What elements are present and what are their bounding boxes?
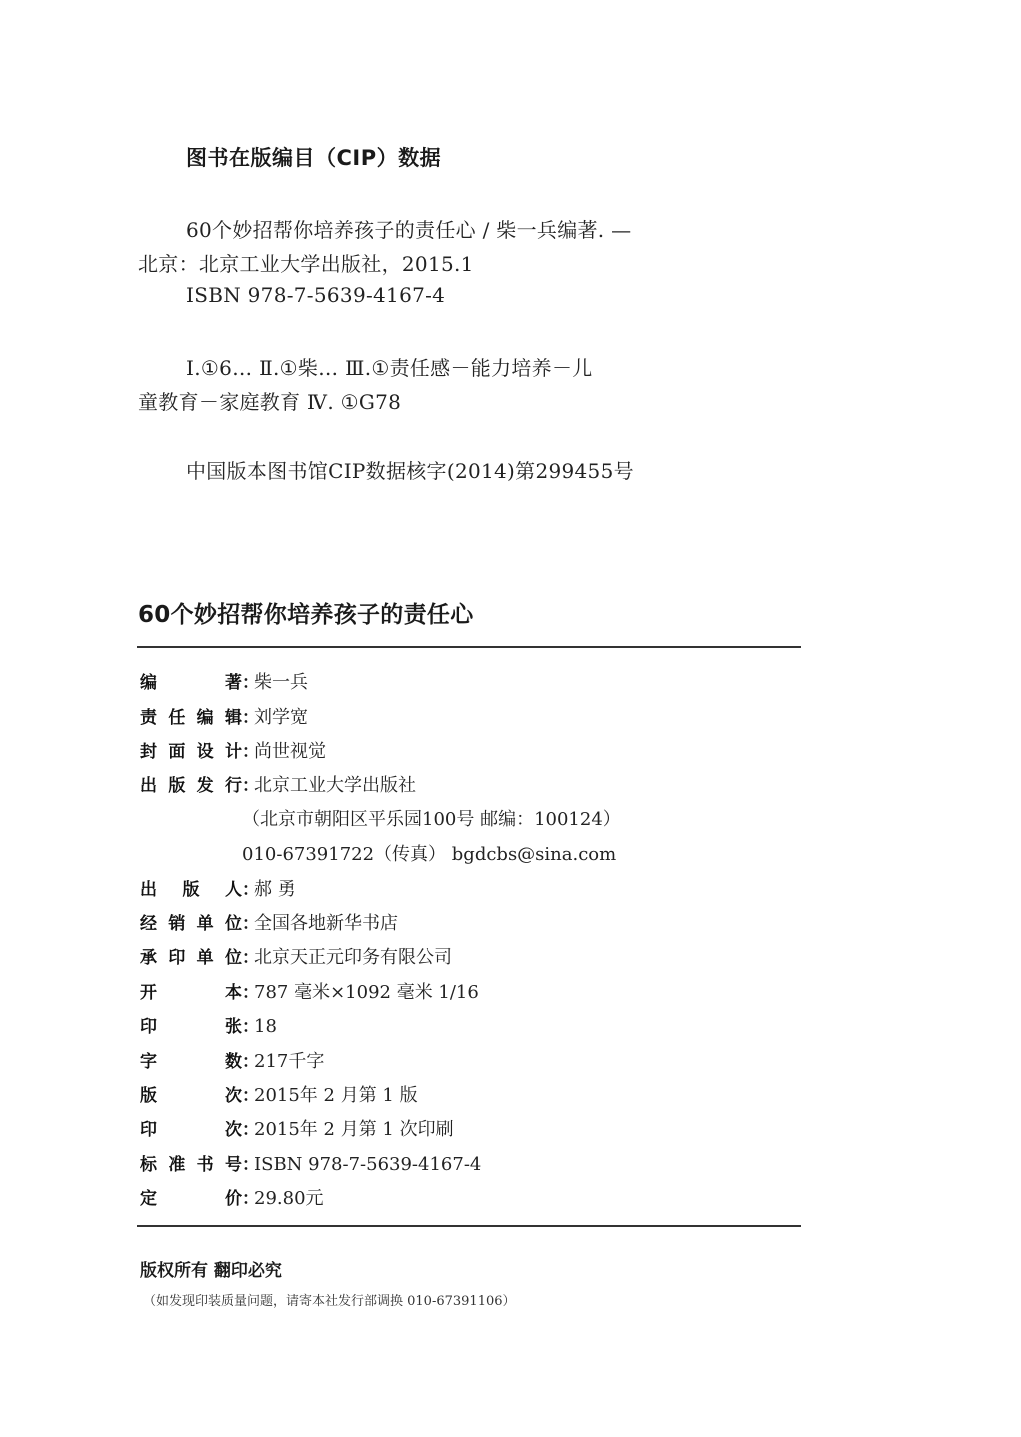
- spec-label-char: 销: [168, 909, 185, 934]
- spec-label-char: 书: [197, 1150, 214, 1175]
- spec-label-char: 单: [197, 943, 214, 968]
- cip-record-line-2: 北京：北京工业大学出版社，2015.1: [138, 248, 474, 277]
- spec-label: 封面设计: [140, 737, 242, 762]
- spec-label-char: 字: [140, 1047, 157, 1072]
- spec-label-char: 计: [225, 737, 242, 762]
- cip-subject-line-1: Ⅰ.①6… Ⅱ.①柴… Ⅲ.①责任感－能力培养－儿: [186, 352, 593, 381]
- spec-row: 出版人：郝 勇: [140, 875, 296, 905]
- spec-label-char: 印: [168, 943, 185, 968]
- spec-row: 标准书号：ISBN 978-7-5639-4167-4: [140, 1150, 481, 1180]
- spec-row: 编著：柴一兵: [140, 668, 308, 698]
- spec-label-char: 面: [168, 737, 185, 762]
- spec-value: 北京天正元印务有限公司: [254, 943, 452, 969]
- spec-label-char: 封: [140, 737, 157, 762]
- spec-label: 出版人: [140, 875, 242, 900]
- spec-colon: ：: [242, 875, 254, 900]
- spec-colon: ：: [242, 1012, 254, 1037]
- spec-row: 版次：2015年 2 月第 1 版: [140, 1081, 418, 1111]
- spec-label-char: 单: [197, 909, 214, 934]
- spec-value: 2015年 2 月第 1 次印刷: [254, 1115, 454, 1141]
- spec-label: 编著: [140, 668, 242, 693]
- spec-label-char: 位: [225, 943, 242, 968]
- spec-label-char: 编: [197, 703, 214, 728]
- spec-label-char: 任: [168, 703, 185, 728]
- spec-label: 标准书号: [140, 1150, 242, 1175]
- spec-label-char: 准: [168, 1150, 185, 1175]
- spec-label: 字数: [140, 1047, 242, 1072]
- spec-value: 217千字: [254, 1047, 324, 1073]
- cip-heading: 图书在版编目（CIP）数据: [186, 142, 441, 172]
- spec-label: 版次: [140, 1081, 242, 1106]
- spec-value: 北京工业大学出版社: [254, 771, 416, 797]
- spec-value: 29.80元: [254, 1184, 324, 1210]
- spec-value: 郝 勇: [254, 875, 296, 901]
- cip-subject-line-2: 童教育－家庭教育 Ⅳ. ①G78: [138, 386, 401, 415]
- spec-value: 刘学宽: [254, 703, 308, 729]
- spec-value: 全国各地新华书店: [254, 909, 398, 935]
- spec-label-char: 编: [140, 668, 157, 693]
- spec-row: 开本：787 毫米×1092 毫米 1/16: [140, 978, 479, 1008]
- spec-row: 责任编辑：刘学宽: [140, 703, 308, 733]
- book-title: 60个妙招帮你培养孩子的责任心: [138, 596, 474, 629]
- spec-value: 2015年 2 月第 1 版: [254, 1081, 418, 1107]
- spec-row: 承印单位：北京天正元印务有限公司: [140, 943, 452, 973]
- quality-return-note: （如发现印装质量问题，请寄本社发行部调换 010-67391106）: [143, 1290, 516, 1309]
- spec-colon: ：: [242, 1047, 254, 1072]
- spec-label-char: 版: [140, 1081, 157, 1106]
- spec-label-char: 出: [140, 875, 157, 900]
- spec-label: 出版发行: [140, 771, 242, 796]
- spec-label-char: 数: [225, 1047, 242, 1072]
- spec-label-char: 标: [140, 1150, 157, 1175]
- publisher-contact: 010-67391722（传真） bgdcbs@sina.com: [242, 840, 616, 866]
- spec-label-char: 张: [225, 1012, 242, 1037]
- spec-label-char: 行: [225, 771, 242, 796]
- spec-label-char: 号: [225, 1150, 242, 1175]
- spec-row: 出版发行：北京工业大学出版社: [140, 771, 416, 801]
- spec-row: 定价：29.80元: [140, 1184, 324, 1214]
- spec-value: 787 毫米×1092 毫米 1/16: [254, 978, 479, 1004]
- spec-value: 柴一兵: [254, 668, 308, 694]
- spec-label-char: 次: [225, 1081, 242, 1106]
- spec-label: 承印单位: [140, 943, 242, 968]
- top-divider: [137, 646, 801, 648]
- spec-label-char: 人: [225, 875, 242, 900]
- spec-label-char: 版: [168, 771, 185, 796]
- spec-row: 印张：18: [140, 1012, 277, 1042]
- spec-row: 经销单位：全国各地新华书店: [140, 909, 398, 939]
- spec-label-char: 发: [197, 771, 214, 796]
- spec-label-char: 辑: [225, 703, 242, 728]
- spec-label-char: 著: [225, 668, 242, 693]
- spec-row: 字数：217千字: [140, 1047, 324, 1077]
- spec-label: 印张: [140, 1012, 242, 1037]
- spec-value: 尚世视觉: [254, 737, 326, 763]
- spec-colon: ：: [242, 771, 254, 796]
- spec-label-char: 经: [140, 909, 157, 934]
- spec-label: 经销单位: [140, 909, 242, 934]
- bottom-divider: [137, 1225, 801, 1227]
- spec-label: 责任编辑: [140, 703, 242, 728]
- spec-colon: ：: [242, 1081, 254, 1106]
- spec-value: 18: [254, 1016, 277, 1037]
- spec-label: 开本: [140, 978, 242, 1003]
- spec-colon: ：: [242, 703, 254, 728]
- spec-label-char: 本: [225, 978, 242, 1003]
- spec-label-char: 次: [225, 1115, 242, 1140]
- spec-label-char: 责: [140, 703, 157, 728]
- copyright-notice: 版权所有 翻印必究: [140, 1256, 282, 1281]
- spec-colon: ：: [242, 737, 254, 762]
- spec-label-char: 印: [140, 1115, 157, 1140]
- cip-record-line-1: 60个妙招帮你培养孩子的责任心 / 柴一兵编著. —: [186, 214, 631, 243]
- spec-label-char: 承: [140, 943, 157, 968]
- spec-row: 印次：2015年 2 月第 1 次印刷: [140, 1115, 454, 1145]
- spec-label-char: 印: [140, 1012, 157, 1037]
- spec-colon: ：: [242, 943, 254, 968]
- spec-colon: ：: [242, 1150, 254, 1175]
- spec-label: 印次: [140, 1115, 242, 1140]
- spec-colon: ：: [242, 1184, 254, 1209]
- cip-isbn-line: ISBN 978-7-5639-4167-4: [186, 283, 445, 307]
- spec-value: ISBN 978-7-5639-4167-4: [254, 1154, 481, 1175]
- spec-label-char: 位: [225, 909, 242, 934]
- cip-verification-number: 中国版本图书馆CIP数据核字(2014)第299455号: [186, 455, 634, 484]
- spec-colon: ：: [242, 978, 254, 1003]
- spec-label-char: 价: [225, 1184, 242, 1209]
- spec-label-char: 定: [140, 1184, 157, 1209]
- spec-label-char: 设: [197, 737, 214, 762]
- spec-colon: ：: [242, 668, 254, 693]
- spec-colon: ：: [242, 1115, 254, 1140]
- spec-label-char: 版: [183, 875, 200, 900]
- spec-label-char: 出: [140, 771, 157, 796]
- spec-row: 封面设计：尚世视觉: [140, 737, 326, 767]
- spec-colon: ：: [242, 909, 254, 934]
- publisher-address: （北京市朝阳区平乐园100号 邮编：100124）: [242, 805, 621, 831]
- spec-label: 定价: [140, 1184, 242, 1209]
- spec-label-char: 开: [140, 978, 157, 1003]
